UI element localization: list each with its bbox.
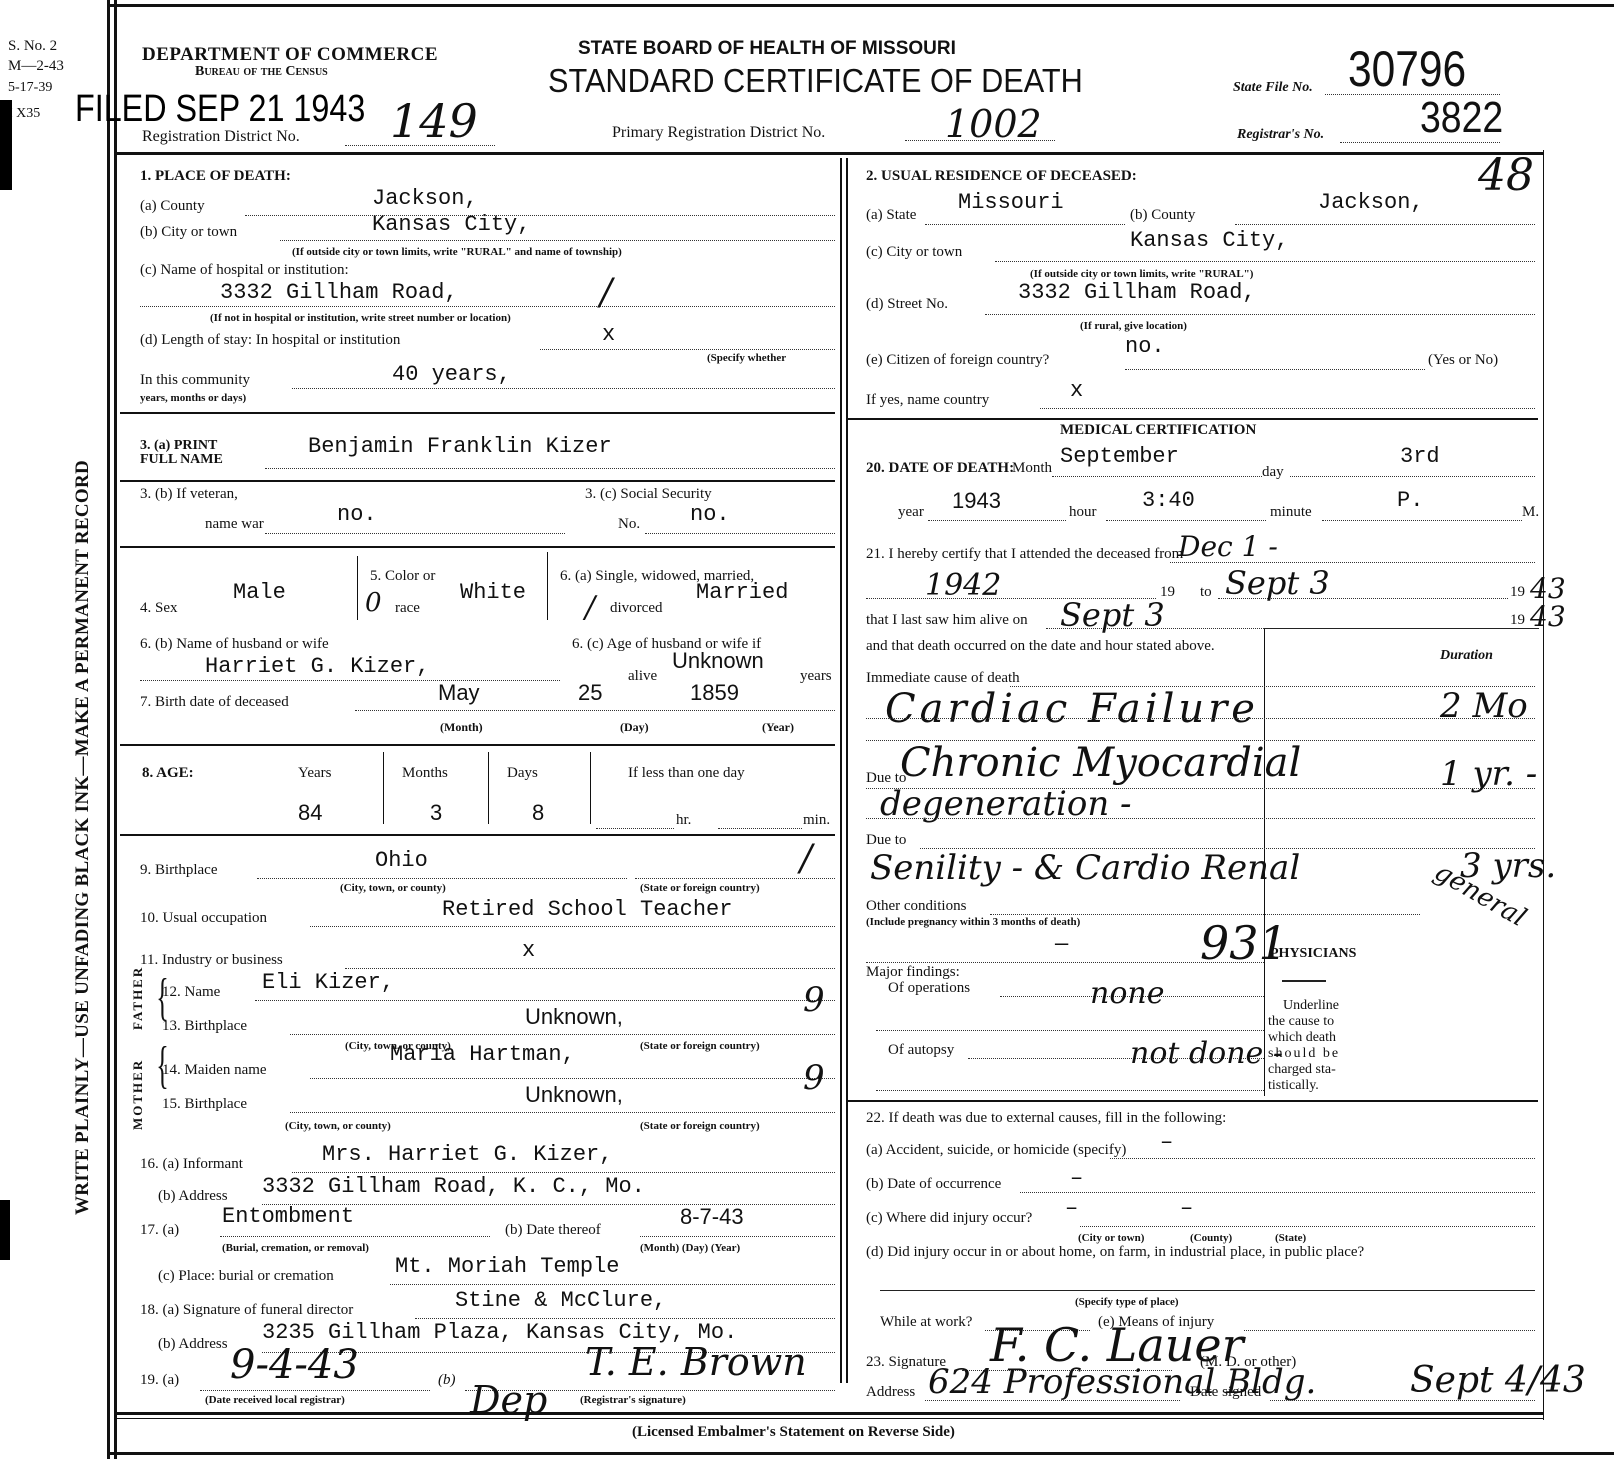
attended-to: Sept 3 [1225, 564, 1330, 602]
fill-line [265, 468, 835, 469]
fill-line [990, 914, 1420, 915]
field-note: (If not in hospital or institution, writ… [210, 312, 511, 324]
fill-line [265, 533, 565, 534]
death-hour: 3:40 [1142, 488, 1195, 513]
full-name: Benjamin Franklin Kizer [308, 434, 612, 459]
disposition-date: 8-7-43 [680, 1204, 744, 1230]
field-label: (b) [438, 1372, 456, 1389]
fill-line [1290, 476, 1535, 477]
cell-divider [357, 556, 358, 620]
fill-line [1110, 1158, 1535, 1159]
field-label: Of operations [888, 980, 970, 997]
check-mark: / [800, 838, 812, 879]
field-label: M. [1522, 504, 1539, 521]
field-label: 13. Birthplace [162, 1018, 247, 1035]
social-security: no. [690, 502, 730, 527]
field-label: 19. (a) [140, 1372, 179, 1389]
field-label: (d) Street No. [866, 296, 948, 313]
fill-line [292, 1172, 835, 1173]
field-label: 11. Industry or business [140, 952, 283, 969]
caption: (State or foreign country) [640, 882, 760, 894]
field-label: 12. Name [162, 984, 220, 1001]
date-signed: Sept 4/43 [1410, 1360, 1586, 1401]
field-label: FULL NAME [140, 452, 223, 468]
father-name: Eli Kizer, [262, 970, 394, 995]
stay-hospital: x [602, 322, 615, 347]
fill-line [866, 962, 1264, 963]
field-label: 16. (a) Informant [140, 1156, 243, 1173]
disposition: Entombment [222, 1204, 354, 1229]
field-label: (c) City or town [866, 244, 962, 261]
death-year: 1943 [952, 488, 1001, 514]
note-line: should be [1268, 1046, 1340, 1062]
section-heading: MEDICAL CERTIFICATION [1060, 422, 1256, 439]
autopsy-finding: not done - [1130, 1036, 1283, 1071]
caption: (City, town, or county) [285, 1120, 391, 1132]
caption: (Month) [440, 720, 483, 735]
mother-maiden-name: Maria Hartman, [390, 1042, 575, 1067]
occurrence-value: – [1070, 1166, 1083, 1191]
residence-city: Kansas City, [1130, 228, 1288, 253]
embalmer-note: (Licensed Embalmer's Statement on Revers… [632, 1424, 955, 1441]
fill-line [985, 314, 1535, 315]
state-board: STATE BOARD OF HEALTH OF MISSOURI [578, 38, 956, 60]
fill-line [255, 1000, 835, 1001]
field-label: (b) City or town [140, 224, 237, 241]
death-county: Jackson, [372, 186, 478, 211]
age-days: 8 [532, 800, 544, 826]
where-county: – [1180, 1196, 1193, 1221]
fill-line [310, 1078, 835, 1079]
immediate-cause: Cardiac Failure [885, 686, 1259, 732]
fill-line [876, 1090, 1264, 1091]
field-label: (b) County [1130, 207, 1195, 224]
field-label: (b) Date of occurrence [866, 1176, 1001, 1193]
reg-district-label: Registration District No. [142, 128, 300, 146]
occupation: Retired School Teacher [442, 897, 732, 922]
due-to-1-duration: 1 yr. - [1440, 754, 1537, 794]
margin-code: 48 [1478, 150, 1534, 201]
field-label: Major findings: [866, 964, 960, 981]
field-label: 18. (a) Signature of funeral director [140, 1302, 353, 1319]
section-heading: 2. USUAL RESIDENCE OF DECEASED: [866, 168, 1137, 185]
field-label: 17. (a) [140, 1222, 179, 1239]
father-birthplace: Unknown, [525, 1004, 623, 1030]
birth-day: 25 [578, 680, 602, 706]
death-month: September [1060, 444, 1179, 469]
accident-value: – [1160, 1130, 1173, 1155]
residence-citizen: no. [1125, 334, 1165, 359]
form-code: I X35 [8, 106, 40, 122]
field-label: If yes, name country [866, 392, 989, 409]
field-label: to [1200, 584, 1212, 601]
check-mark: 9 [803, 1058, 825, 1098]
note-line: Underline [1283, 998, 1339, 1014]
border-left-outer [107, 0, 110, 1459]
field-label: hour [1069, 504, 1097, 521]
column-header: If less than one day [628, 765, 745, 782]
birth-year: 1859 [690, 680, 739, 706]
fill-line [640, 1236, 835, 1237]
fill-line [540, 349, 835, 350]
header-divider [114, 152, 1544, 155]
field-label: Of autopsy [888, 1042, 954, 1059]
burial-place: Mt. Moriah Temple [395, 1254, 619, 1279]
father-side-label: FATHER [130, 966, 146, 1030]
fill-line [245, 215, 835, 216]
field-label: day [1262, 464, 1284, 481]
caption: (Date received local registrar) [205, 1394, 345, 1406]
registrar-signature: T. E. Brown [585, 1340, 807, 1384]
field-label: 10. Usual occupation [140, 910, 267, 927]
fill-line [292, 388, 835, 389]
fill-line [280, 240, 835, 241]
border-bottom [107, 1452, 1614, 1455]
field-label: (b) Date thereof [505, 1222, 601, 1239]
check-mark: / [585, 590, 595, 625]
fill-line [995, 261, 1535, 262]
field-note: (Include pregnancy within 3 months of de… [866, 916, 1080, 928]
field-label: (b) Address [158, 1188, 228, 1205]
cell-divider [383, 752, 384, 824]
primary-district-label: Primary Registration District No. [612, 124, 825, 142]
field-label: (c) Where did injury occur? [866, 1210, 1032, 1227]
duration-header: Duration [1440, 648, 1493, 664]
registrar-deputy: Dep [470, 1378, 547, 1422]
field-label: 14. Maiden name [162, 1062, 267, 1079]
field-label: 22. If death was due to external causes,… [866, 1110, 1226, 1127]
fill-line [140, 306, 835, 307]
fill-line [1244, 1330, 1535, 1331]
reg-district-value: 149 [390, 94, 478, 148]
field-label: and that death occurred on the date and … [866, 638, 1215, 655]
caption: (Specify type of place) [1075, 1296, 1179, 1308]
caption: (Registrar's signature) [580, 1394, 686, 1406]
field-note: years, months or days) [140, 392, 246, 404]
field-label: (c) Name of hospital or institution: [140, 262, 349, 279]
section-divider [120, 480, 835, 482]
field-label: race [395, 600, 420, 617]
check-mark: 0 [365, 588, 382, 618]
age-months: 3 [430, 800, 442, 826]
physicians-header: PHYSICIANS [1270, 946, 1356, 962]
fill-line [1322, 520, 1522, 521]
field-label: Address [866, 1384, 915, 1401]
section-divider [120, 546, 835, 548]
field-label: that I last saw him alive on [866, 612, 1028, 629]
section-heading: 8. AGE: [142, 765, 194, 782]
industry: x [522, 938, 535, 963]
section-divider [120, 412, 835, 414]
field-label: (a) Accident, suicide, or homicide (spec… [866, 1142, 1126, 1159]
field-label: (a) State [866, 207, 916, 224]
duration-box-top [1264, 628, 1539, 629]
column-header: Days [507, 765, 538, 782]
fill-line [928, 520, 1066, 521]
age-years: 84 [298, 800, 322, 826]
field-label: 19 [1510, 584, 1525, 601]
physicians-rule [1282, 980, 1326, 982]
fill-line [1235, 224, 1535, 225]
field-label: Date signed [1190, 1384, 1261, 1401]
cell-divider [547, 552, 548, 620]
fill-line [1080, 1226, 1535, 1227]
field-label: While at work? [880, 1314, 972, 1331]
fill-line [718, 828, 802, 829]
fill-line [355, 710, 835, 711]
border-left-inner [114, 0, 117, 1459]
section-divider [848, 418, 1538, 420]
fill-line [140, 680, 560, 681]
form-code: S. No. 2 [8, 38, 57, 55]
caption: (Year) [762, 720, 794, 735]
fill-line [880, 1290, 1535, 1291]
veteran-war: no. [337, 502, 377, 527]
attended-from-year: 1942 [925, 568, 1001, 603]
field-label: 7. Birth date of deceased [140, 694, 289, 711]
marital-status: Married [696, 580, 788, 605]
other-conditions: — [1055, 932, 1068, 957]
field-label: (d) Length of stay: In hospital or insti… [140, 332, 400, 349]
fill-line [1125, 369, 1425, 370]
field-label: 4. Sex [140, 600, 178, 617]
filed-stamp: FILED SEP 21 1943 [75, 88, 365, 131]
note-line: the cause to [1268, 1014, 1334, 1030]
field-label: 20. DATE OF DEATH: [866, 460, 1014, 477]
section-divider [848, 1100, 1538, 1102]
birth-month: May [438, 680, 480, 706]
form-code: M—2-43 [8, 58, 64, 75]
field-label: 21. I hereby certify that I attended the… [866, 546, 1183, 563]
check-mark: / [600, 272, 612, 313]
caption: (Month) (Day) (Year) [640, 1242, 740, 1254]
due-to-cause-1: Chronic Myocardial [900, 740, 1301, 786]
spouse-name: Harriet G. Kizer, [205, 654, 429, 679]
attended-from-month: Dec 1 - [1178, 530, 1278, 563]
field-label: Other conditions [866, 898, 966, 915]
sex: Male [233, 580, 286, 605]
death-city: Kansas City, [372, 212, 530, 237]
registrar-label: Registrar's No. [1237, 127, 1324, 143]
field-label: name war [205, 516, 264, 533]
state-file-label: State File No. [1233, 80, 1313, 96]
field-label: (c) Place: burial or cremation [158, 1268, 334, 1285]
fill-line [1106, 520, 1266, 521]
field-label: divorced [610, 600, 662, 617]
fill-line [925, 224, 1125, 225]
note-line: which death [1268, 1030, 1336, 1046]
fill-line [1052, 476, 1262, 477]
operations-finding: none [1090, 976, 1164, 1011]
field-label: min. [803, 812, 830, 829]
funeral-director: Stine & McClure, [455, 1288, 666, 1313]
column-header: Years [298, 765, 331, 782]
last-saw-date: Sept 3 [1060, 596, 1165, 634]
fill-line [1020, 1192, 1535, 1193]
field-label: 15. Birthplace [162, 1096, 247, 1113]
section-divider [120, 744, 835, 746]
residence-street: 3332 Gillham Road, [1018, 280, 1256, 305]
death-ampm: P. [1397, 488, 1423, 513]
caption: (State) [1275, 1232, 1306, 1244]
where-city: – [1065, 1196, 1078, 1221]
registrar-value: 3822 [1420, 93, 1503, 143]
death-hospital: 3332 Gillham Road, [220, 280, 458, 305]
caption: (Burial, cremation, or removal) [222, 1242, 369, 1254]
page-title: STANDARD CERTIFICATE OF DEATH [548, 62, 1083, 100]
informant: Mrs. Harriet G. Kizer, [322, 1142, 612, 1167]
column-divider [846, 158, 848, 1383]
column-header: Months [402, 765, 448, 782]
field-label: (d) Did injury occur in or about home, o… [866, 1244, 1364, 1261]
field-label: (b) Address [158, 1336, 228, 1353]
fill-line [200, 1390, 430, 1391]
scan-edge-mark [0, 1200, 10, 1260]
field-label: 3. (c) Social Security [585, 486, 712, 503]
spouse-age: Unknown [672, 648, 764, 674]
footer-divider [114, 1418, 1544, 1419]
state-file-value: 30796 [1348, 40, 1466, 98]
field-label: 3. (b) If veteran, [140, 486, 238, 503]
column-divider [840, 158, 842, 1383]
field-label: year [898, 504, 924, 521]
birthplace: Ohio [375, 848, 428, 873]
fill-line [645, 533, 835, 534]
fill-line [310, 926, 835, 927]
due-to-cause-2: Senility - & Cardio Renal [870, 848, 1300, 888]
field-label: 19 [1510, 612, 1525, 629]
date-received: 9-4-43 [230, 1342, 359, 1388]
field-label: 5. Color or [370, 568, 435, 585]
caption: (City or town) [1078, 1232, 1144, 1244]
caption: (County) [1190, 1232, 1232, 1244]
fill-line [290, 1034, 835, 1035]
field-label: hr. [676, 812, 691, 829]
note-line: tistically. [1268, 1078, 1319, 1094]
fill-line [415, 1318, 835, 1319]
fill-line [220, 1236, 490, 1237]
field-label: Immediate cause of death [866, 670, 1020, 687]
fill-line [866, 818, 1535, 819]
field-label: 6. (b) Name of husband or wife [140, 636, 329, 653]
mother-side-label: MOTHER [130, 1059, 146, 1130]
form-code: 5-17-39 [8, 80, 52, 96]
field-note: (If outside city or town limits, write "… [1030, 268, 1253, 280]
field-label: years [800, 668, 832, 685]
fill-line [866, 718, 1535, 719]
scan-edge-mark [0, 100, 12, 190]
field-note: (Specify whether [707, 352, 786, 364]
death-day: 3rd [1400, 444, 1440, 469]
border-right [1543, 150, 1544, 1420]
field-label: No. [618, 516, 640, 533]
caption: (Day) [620, 720, 649, 735]
fill-line [257, 878, 627, 879]
stay-community: 40 years, [392, 362, 511, 387]
field-label: (e) Citizen of foreign country? [866, 352, 1049, 369]
fill-line [345, 968, 835, 969]
field-label: Month [1012, 460, 1052, 477]
cell-divider [488, 752, 489, 824]
vertical-notice: WRITE PLAINLY—USE UNFADING BLACK INK—MAK… [72, 460, 94, 1215]
cell-divider [590, 752, 591, 824]
fill-line [1040, 408, 1535, 409]
field-note: (If rural, give location) [1080, 320, 1187, 332]
immediate-duration: 2 Mo [1440, 686, 1528, 726]
field-label: minute [1270, 504, 1312, 521]
footer-divider [114, 1412, 1544, 1415]
section-heading: 1. PLACE OF DEATH: [140, 168, 291, 185]
fill-line [876, 1030, 1264, 1031]
caption: (State or foreign country) [640, 1040, 760, 1052]
field-label: (a) County [140, 198, 205, 215]
note-line: charged sta- [1268, 1062, 1336, 1078]
field-label: alive [628, 668, 657, 685]
race: White [460, 580, 526, 605]
informant-address: 3332 Gillham Road, K. C., Mo. [262, 1174, 645, 1199]
caption: (City, town, or county) [340, 882, 446, 894]
check-mark: 9 [803, 980, 825, 1020]
primary-district-value: 1002 [945, 102, 1042, 146]
caption: (State or foreign country) [640, 1120, 760, 1132]
fill-line [390, 1284, 835, 1285]
field-label: 9. Birthplace [140, 862, 217, 879]
field-label: Due to [866, 832, 906, 849]
field-label: In this community [140, 372, 250, 389]
field-note: (If outside city or town limits, write "… [292, 246, 622, 258]
dept-name: DEPARTMENT OF COMMERCE [142, 44, 438, 66]
fill-line [596, 828, 674, 829]
residence-state: Missouri [958, 190, 1064, 215]
residence-county: Jackson, [1318, 190, 1424, 215]
section-divider [120, 834, 835, 836]
bureau-name: Bureau of the Census [195, 64, 328, 80]
field-note: (Yes or No) [1428, 352, 1498, 369]
border-top [107, 4, 1614, 7]
mother-birthplace: Unknown, [525, 1082, 623, 1108]
residence-country: x [1070, 378, 1083, 403]
fill-line [290, 1112, 835, 1113]
